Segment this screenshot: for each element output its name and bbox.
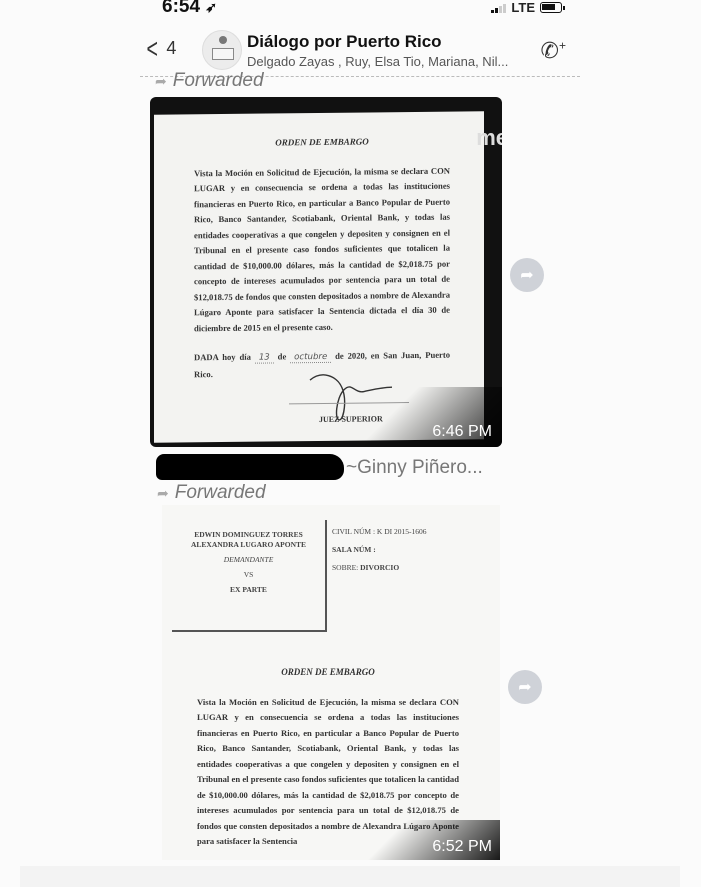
- status-indicators: LTE: [491, 0, 562, 15]
- message-timestamp: 6:52 PM: [432, 838, 492, 856]
- signal-icon: [491, 3, 506, 13]
- chat-participants[interactable]: Delgado Zayas , Ruy, Elsa Tio, Mariana, …: [247, 54, 508, 69]
- overlay-text: me: [476, 125, 502, 151]
- message-image[interactable]: EDWIN DOMINGUEZ TORRES ALEXANDRA LUGARO …: [162, 505, 500, 860]
- sala-number: SALA NÚM :: [332, 545, 427, 555]
- share-button[interactable]: ➦: [508, 670, 542, 704]
- group-avatar[interactable]: [202, 30, 242, 70]
- add-call-icon[interactable]: ✆+: [541, 38, 566, 64]
- avatar-emblem: [219, 36, 227, 44]
- avatar-sign: [212, 48, 234, 60]
- case-subject: SOBRE: DIVORCIO: [332, 563, 427, 573]
- chat-header: < 4 Diálogo por Puerto Rico Delgado Zaya…: [140, 26, 570, 74]
- battery-icon: [540, 2, 562, 13]
- civil-number: CIVIL NÚM : K DI 2015-1606: [332, 527, 427, 537]
- forward-share-icon: ➦: [518, 677, 531, 697]
- message-image[interactable]: ORDEN DE EMBARGO Vista la Moción en Soli…: [150, 97, 502, 447]
- forward-arrow-icon: ➦: [157, 485, 169, 502]
- status-time: 6:54 ➶: [162, 0, 217, 18]
- location-arrow-icon: ➶: [205, 0, 217, 15]
- document-body: Vista la Moción en Solicitud de Ejecució…: [194, 163, 450, 336]
- forwarded-label: ➦ Forwarded: [157, 482, 266, 504]
- case-caption: EDWIN DOMINGUEZ TORRES ALEXANDRA LUGARO …: [172, 520, 327, 632]
- status-bar: 6:54 ➶ LTE: [140, 0, 570, 22]
- forward-arrow-icon: ➦: [155, 73, 167, 90]
- message-timestamp: 6:46 PM: [432, 423, 492, 441]
- forward-share-icon: ➦: [520, 265, 533, 285]
- case-info: CIVIL NÚM : K DI 2015-1606 SALA NÚM : SO…: [332, 527, 427, 581]
- chevron-left-icon: <: [146, 39, 157, 59]
- forwarded-label: ➦ Forwarded: [155, 70, 264, 92]
- input-bar-area: [20, 866, 680, 887]
- document-title: ORDEN DE EMBARGO: [197, 665, 459, 681]
- share-button[interactable]: ➦: [510, 258, 544, 292]
- network-label: LTE: [511, 0, 535, 15]
- document-title: ORDEN DE EMBARGO: [194, 134, 450, 152]
- chat-title[interactable]: Diálogo por Puerto Rico: [247, 32, 442, 52]
- sender-name[interactable]: ~Ginny Piñero...: [346, 457, 483, 479]
- document-text: ORDEN DE EMBARGO Vista la Moción en Soli…: [194, 134, 450, 383]
- unread-count: 4: [166, 38, 176, 59]
- back-button[interactable]: < 4: [144, 38, 176, 59]
- redacted-sender: [156, 454, 344, 480]
